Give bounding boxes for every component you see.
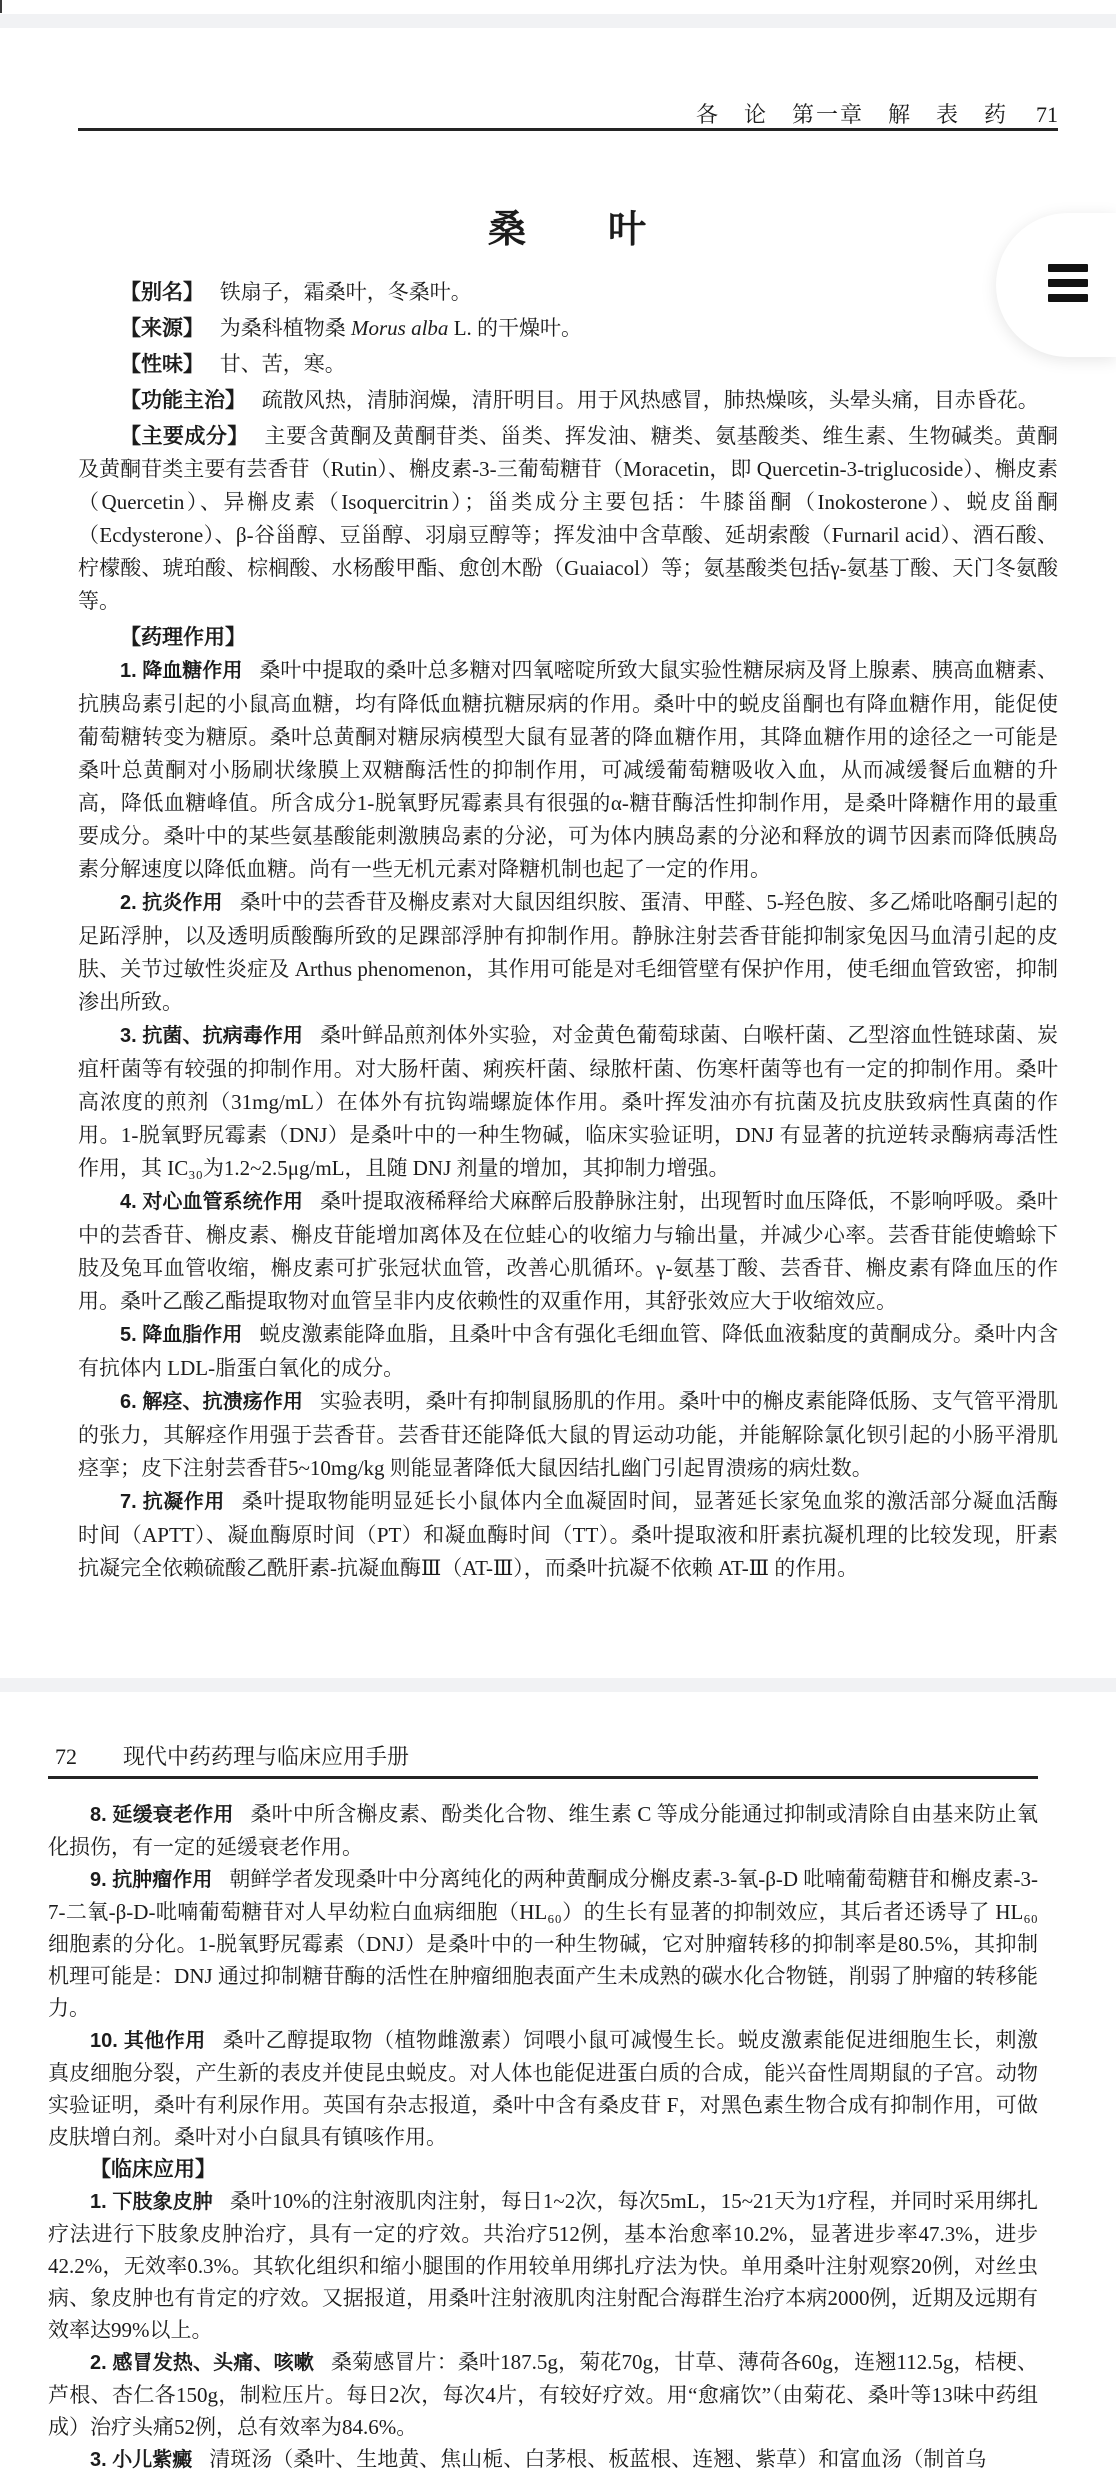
book-title: 现代中药药理与临床应用手册 <box>123 1744 409 1769</box>
entry-label: 【主要成分】 <box>120 424 249 448</box>
clinical-paragraph: 3. 小儿紫癜清斑汤（桑叶、生地黄、焦山栀、白茅根、板蓝根、连翘、紫草）和富血汤… <box>48 2443 1038 2476</box>
paragraph-lead: 2. 感冒发热、头痛、咳嗽 <box>90 2352 314 2374</box>
paragraph-lead: 1. 下肢象皮肿 <box>90 2191 213 2213</box>
scan-artifact-tick <box>0 0 2 13</box>
page-gap-between-pages <box>0 1678 1116 1692</box>
header-rule-72 <box>48 1776 1038 1779</box>
header-rule-71 <box>78 128 1058 131</box>
reader-screen: 各 论 第一章 解 表 药71 桑 叶 【别名】铁扇子，霜桑叶，冬桑叶。 【来源… <box>0 0 1116 2484</box>
pharmacology-paragraph: 10. 其他作用桑叶乙醇提取物（植物雌激素）饲喂小鼠可减慢生长。蜕皮激素能促进细… <box>48 2024 1038 2153</box>
paragraph-lead: 2. 抗炎作用 <box>120 892 223 914</box>
clinical-paragraph: 2. 感冒发热、头痛、咳嗽桑菊感冒片：桑叶187.5g，菊花70g，甘草、薄荷各… <box>48 2346 1038 2443</box>
paragraph-lead: 10. 其他作用 <box>90 2030 206 2052</box>
entry-alias: 【别名】铁扇子，霜桑叶，冬桑叶。 <box>78 276 1058 309</box>
paragraph-lead: 3. 抗菌、抗病毒作用 <box>120 1025 303 1047</box>
paragraph-lead: 9. 抗肿瘤作用 <box>90 1869 212 1891</box>
hamburger-bar <box>1048 264 1088 272</box>
pharmacology-paragraph: 8. 延缓衰老作用桑叶中所含槲皮素、酚类化合物、维生素 C 等成分能通过抑制或清… <box>48 1798 1038 1863</box>
entry-function: 【功能主治】疏散风热，清肺润燥，清肝明目。用于风热感冒，肺热燥咳，头晕头痛，目赤… <box>78 384 1058 417</box>
entry-label: 【别名】 <box>120 280 204 304</box>
pharmacology-list: 1. 降血糖作用桑叶中提取的桑叶总多糖对四氧嘧啶所致大鼠实验性糖尿病及肾上腺素、… <box>78 654 1058 1585</box>
paragraph-text: 桑叶中提取的桑叶总多糖对四氧嘧啶所致大鼠实验性糖尿病及肾上腺素、胰高血糖素、抗胰… <box>78 658 1058 881</box>
entry-text: 铁扇子，霜桑叶，冬桑叶。 <box>220 280 472 304</box>
hamburger-bar <box>1048 279 1088 287</box>
paragraph-lead: 3. 小儿紫癜 <box>90 2449 192 2471</box>
clinical-paragraph: 1. 下肢象皮肿桑叶10%的注射液肌肉注射，每日1~2次，每次5mL，15~21… <box>48 2185 1038 2346</box>
entry-label: 【性味】 <box>120 352 204 376</box>
entry-text: 主要含黄酮及黄酮苷类、甾类、挥发油、糖类、氨基酸类、维生素、生物碱类。黄酮及黄酮… <box>78 424 1058 613</box>
running-head-section: 各 论 第一章 解 表 药 <box>696 102 1008 127</box>
paragraph-text: 桑叶中的芸香苷及槲皮素对大鼠因组织胺、蛋清、甲醛、5-羟色胺、多乙烯吡咯酮引起的… <box>78 890 1058 1014</box>
paragraph-lead: 5. 降血脂作用 <box>120 1324 242 1346</box>
paragraph-lead: 8. 延缓衰老作用 <box>90 1804 234 1826</box>
pharmacology-paragraph: 2. 抗炎作用桑叶中的芸香苷及槲皮素对大鼠因组织胺、蛋清、甲醛、5-羟色胺、多乙… <box>78 886 1058 1019</box>
entry-text: 为桑科植物桑 <box>220 316 351 340</box>
page-72: 72现代中药药理与临床应用手册 8. 延缓衰老作用桑叶中所含槲皮素、酚类化合物、… <box>0 1692 1116 2484</box>
entry-components: 【主要成分】主要含黄酮及黄酮苷类、甾类、挥发油、糖类、氨基酸类、维生素、生物碱类… <box>78 420 1058 618</box>
pharmacology-paragraph: 1. 降血糖作用桑叶中提取的桑叶总多糖对四氧嘧啶所致大鼠实验性糖尿病及肾上腺素、… <box>78 654 1058 886</box>
entry-text: L. 的干燥叶。 <box>448 316 582 340</box>
paragraph-lead: 1. 降血糖作用 <box>120 660 242 682</box>
entry-text: 甘、苦，寒。 <box>220 352 346 376</box>
pharmacology-list-continued: 8. 延缓衰老作用桑叶中所含槲皮素、酚类化合物、维生素 C 等成分能通过抑制或清… <box>48 1798 1038 2153</box>
paragraph-text: 清斑汤（桑叶、生地黄、焦山栀、白茅根、板蓝根、连翘、紫草）和富血汤（制首乌 <box>209 2447 986 2471</box>
paragraph-text: 桑叶提取物能明显延长小鼠体内全血凝固时间，显著延长家兔血浆的激活部分凝血活酶时间… <box>78 1489 1058 1580</box>
pharmacology-paragraph: 6. 解痉、抗溃疡作用实验表明，桑叶有抑制鼠肠肌的作用。桑叶中的槲皮素能降低肠、… <box>78 1385 1058 1485</box>
pharmacology-paragraph: 4. 对心血管系统作用桑叶提取液稀释给犬麻醉后股静脉注射，出现暂时血压降低，不影… <box>78 1185 1058 1318</box>
clinical-list: 1. 下肢象皮肿桑叶10%的注射液肌肉注射，每日1~2次，每次5mL，15~21… <box>48 2185 1038 2476</box>
paragraph-lead: 4. 对心血管系统作用 <box>120 1191 303 1213</box>
hamburger-icon <box>1048 264 1088 302</box>
article-title: 桑 叶 <box>78 198 1058 253</box>
entry-taste: 【性味】甘、苦，寒。 <box>78 348 1058 381</box>
paragraph-lead: 7. 抗凝作用 <box>120 1491 225 1513</box>
clinical-heading: 【临床应用】 <box>48 2153 1038 2185</box>
page-number-71: 71 <box>1036 102 1058 128</box>
running-head-72: 72现代中药药理与临床应用手册 <box>55 1740 409 1771</box>
page-72-body: 8. 延缓衰老作用桑叶中所含槲皮素、酚类化合物、维生素 C 等成分能通过抑制或清… <box>48 1798 1038 2476</box>
page-gap-top <box>0 14 1116 28</box>
pharmacology-paragraph: 9. 抗肿瘤作用朝鲜学者发现桑叶中分离纯化的两种黄酮成分槲皮素-3-氧-β-D … <box>48 1863 1038 2024</box>
entry-label: 【功能主治】 <box>120 388 246 412</box>
paragraph-lead: 6. 解痉、抗溃疡作用 <box>120 1391 303 1413</box>
pharmacology-paragraph: 5. 降血脂作用蜕皮激素能降血脂，且桑叶中含有强化毛细血管、降低血液黏度的黄酮成… <box>78 1318 1058 1385</box>
pharmacology-heading: 【药理作用】 <box>78 621 1058 654</box>
entry-label: 【来源】 <box>120 316 204 340</box>
page-71-body: 【别名】铁扇子，霜桑叶，冬桑叶。 【来源】为桑科植物桑 Morus alba L… <box>78 276 1058 1585</box>
running-head-71: 各 论 第一章 解 表 药71 <box>696 98 1058 129</box>
pharmacology-paragraph: 7. 抗凝作用桑叶提取物能明显延长小鼠体内全血凝固时间，显著延长家兔血浆的激活部… <box>78 1485 1058 1585</box>
entry-source: 【来源】为桑科植物桑 Morus alba L. 的干燥叶。 <box>78 312 1058 345</box>
entry-text: 疏散风热，清肺润燥，清肝明目。用于风热感冒，肺热燥咳，头晕头痛，目赤昏花。 <box>262 388 1039 412</box>
hamburger-bar <box>1048 294 1088 302</box>
page-71: 各 论 第一章 解 表 药71 桑 叶 【别名】铁扇子，霜桑叶，冬桑叶。 【来源… <box>0 28 1116 1678</box>
pharmacology-paragraph: 3. 抗菌、抗病毒作用桑叶鲜品煎剂体外实验，对金黄色葡萄球菌、白喉杆菌、乙型溶血… <box>78 1019 1058 1185</box>
latin-species-name: Morus alba <box>351 316 448 340</box>
page-number-72: 72 <box>55 1744 77 1770</box>
